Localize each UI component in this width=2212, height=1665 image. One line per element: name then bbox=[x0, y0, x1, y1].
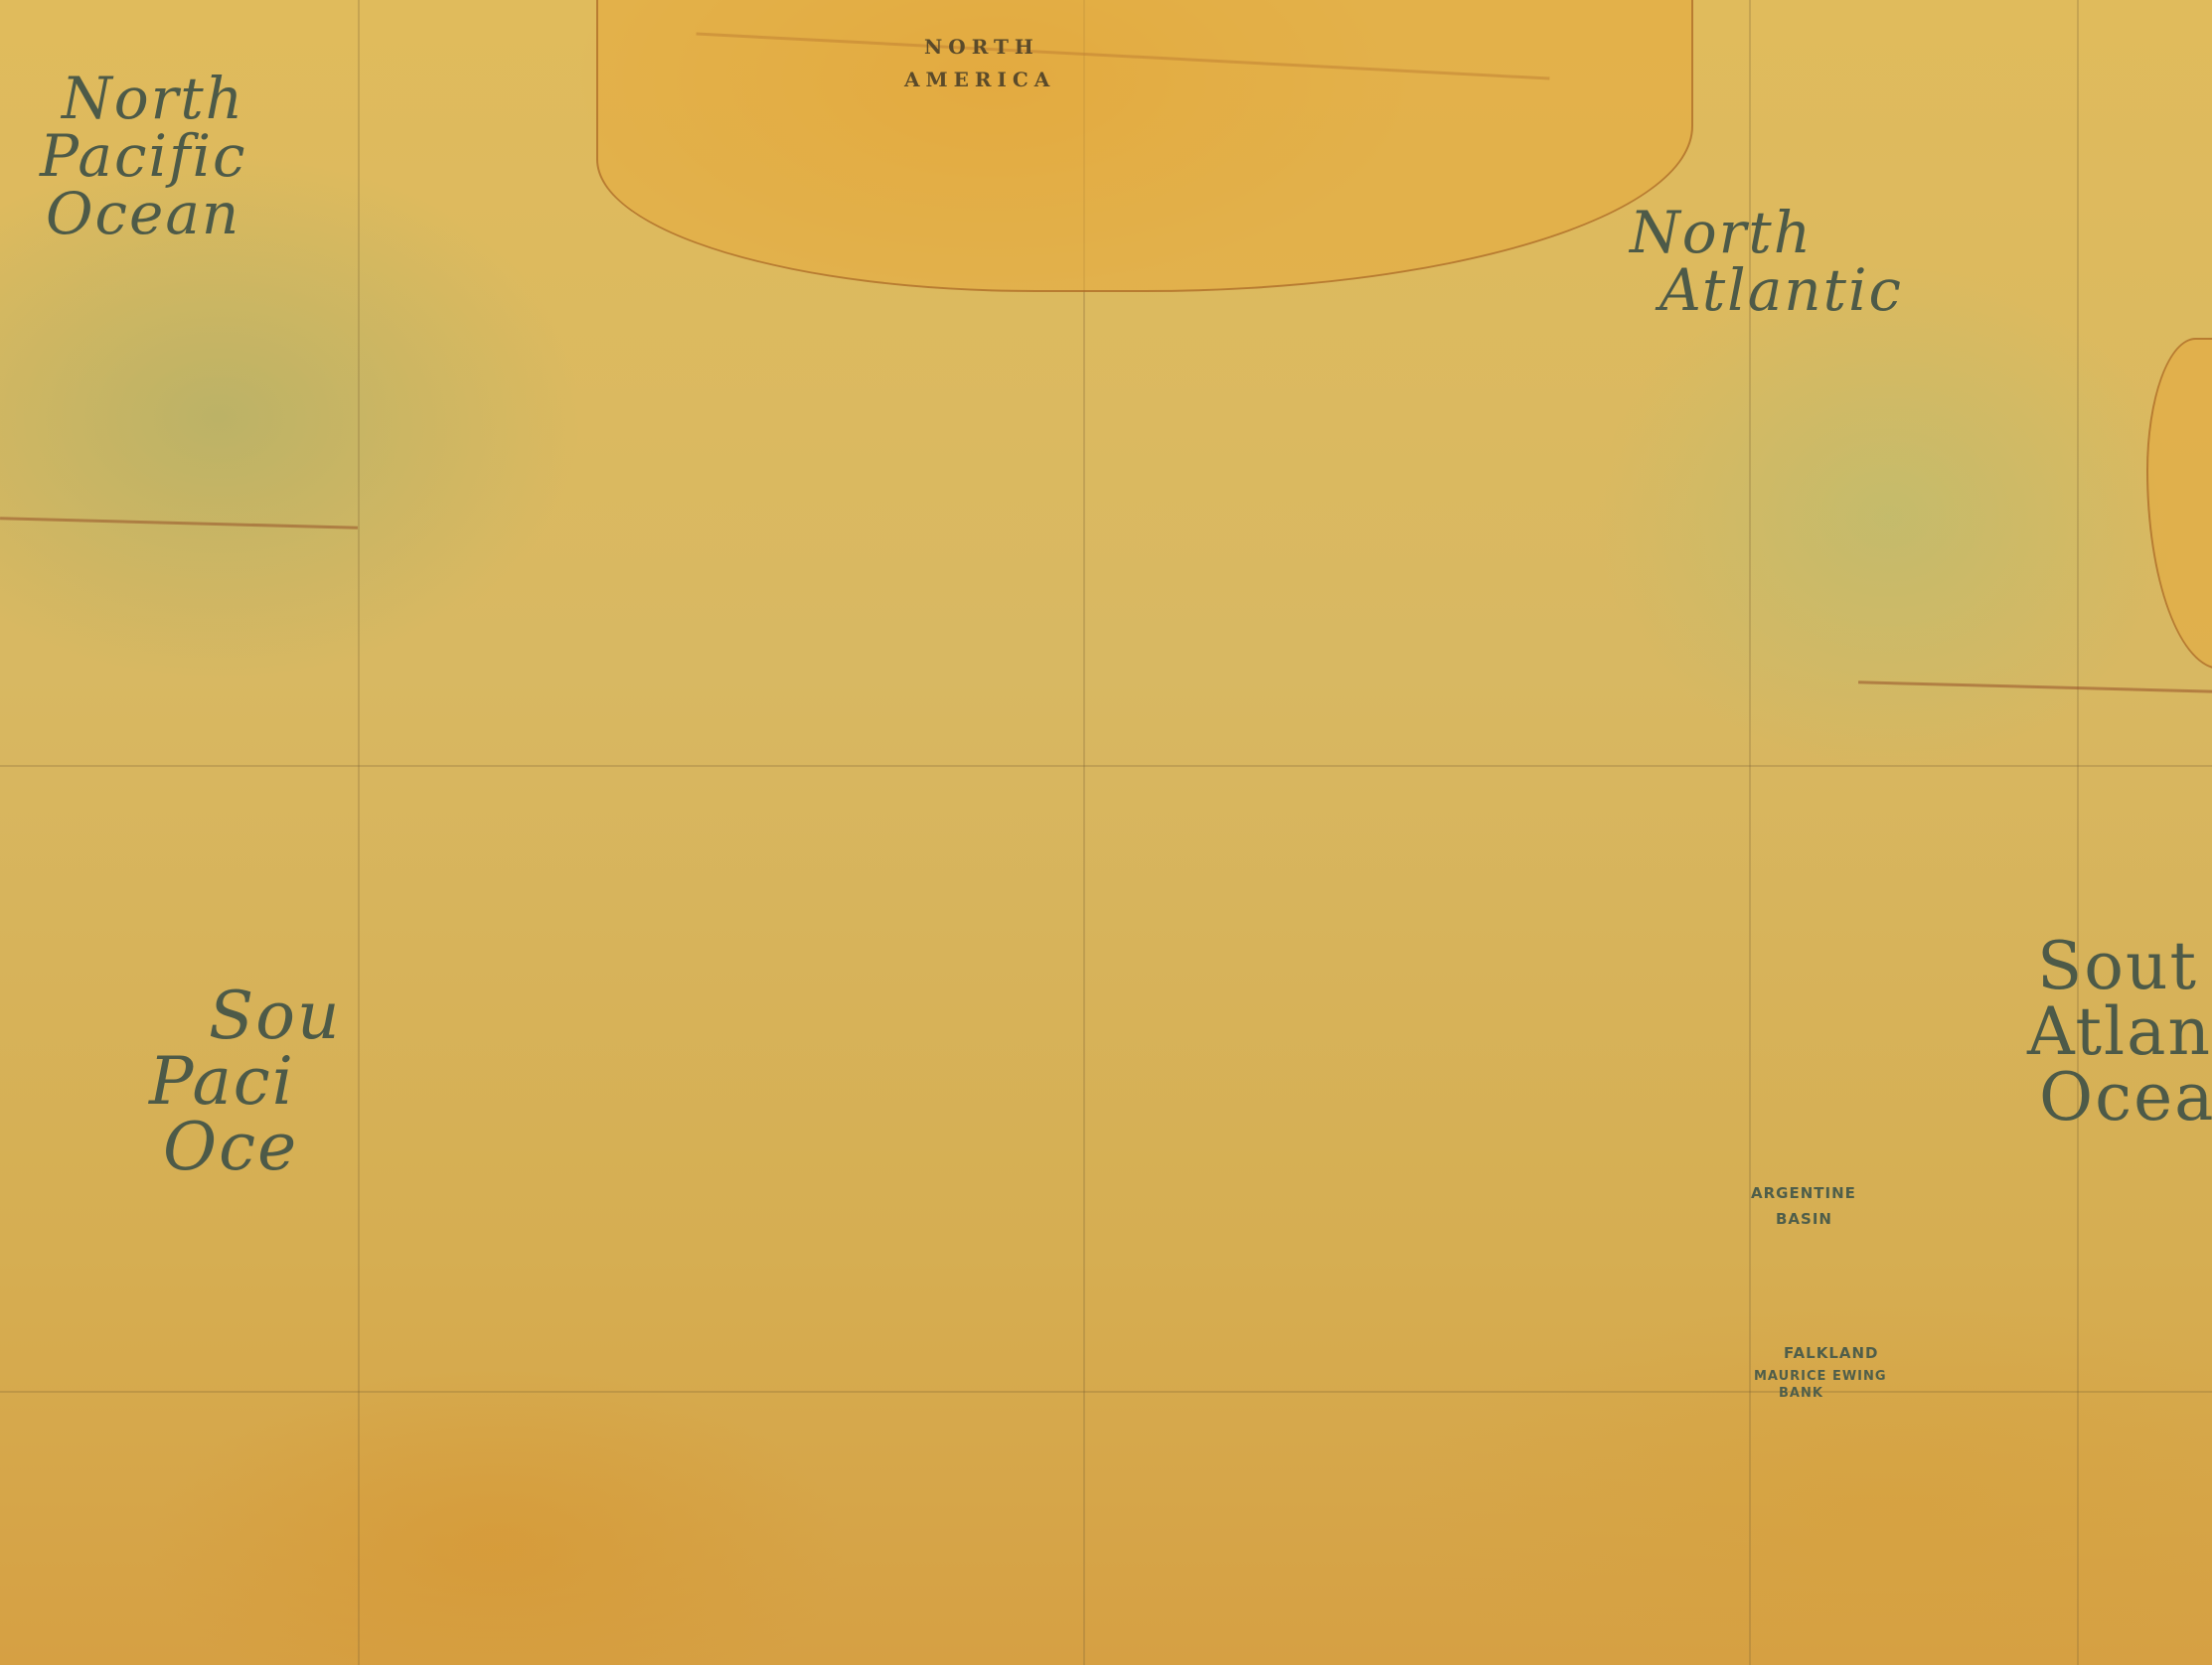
ocean-label-line: Atlan bbox=[2027, 999, 2212, 1065]
ocean-label-line: Sout bbox=[2027, 934, 2212, 999]
vintage-world-map: North Pacific Ocean North Atlantic Sou P… bbox=[0, 0, 2212, 1665]
ocean-label-line: Pacific bbox=[32, 127, 247, 185]
ocean-label-line: North bbox=[32, 70, 247, 127]
ocean-label-line: Oce bbox=[149, 1115, 341, 1180]
ocean-label-line: Ocea bbox=[2027, 1065, 2212, 1131]
map-label: ARGENTINE bbox=[1751, 1184, 1856, 1202]
ocean-label-line: Paci bbox=[149, 1049, 341, 1115]
ocean-label-north-atlantic: North Atlantic bbox=[1630, 204, 1903, 319]
ocean-label-line: Ocean bbox=[32, 185, 247, 242]
ocean-label-line: Sou bbox=[149, 984, 341, 1049]
ocean-label-line: North bbox=[1630, 204, 1903, 261]
map-label: FALKLAND bbox=[1784, 1344, 1879, 1362]
ocean-label-north-pacific: North Pacific Ocean bbox=[32, 70, 247, 242]
ocean-label-south-atlantic: Sout Atlan Ocea bbox=[2027, 934, 2212, 1131]
map-meridian bbox=[358, 0, 360, 1665]
continent-label-america: AMERICA bbox=[904, 68, 1055, 91]
africa-landmass bbox=[2146, 338, 2212, 670]
map-label: BANK bbox=[1779, 1386, 1823, 1401]
ocean-label-south-pacific: Sou Paci Oce bbox=[149, 984, 341, 1180]
travel-flatlay-photo: North Pacific Ocean North Atlantic Sou P… bbox=[0, 0, 2212, 1665]
continent-label-north: NORTH bbox=[924, 35, 1039, 59]
map-equator-line bbox=[1858, 681, 2212, 692]
map-label: MAURICE EWING bbox=[1754, 1369, 1887, 1384]
ocean-label-line: Atlantic bbox=[1630, 261, 1903, 319]
map-label: BASIN bbox=[1776, 1210, 1832, 1228]
map-equator-line bbox=[0, 517, 358, 529]
map-parallel bbox=[0, 1391, 2212, 1393]
map-meridian bbox=[2077, 0, 2079, 1665]
map-parallel bbox=[0, 765, 2212, 767]
north-america-landmass bbox=[596, 0, 1693, 292]
